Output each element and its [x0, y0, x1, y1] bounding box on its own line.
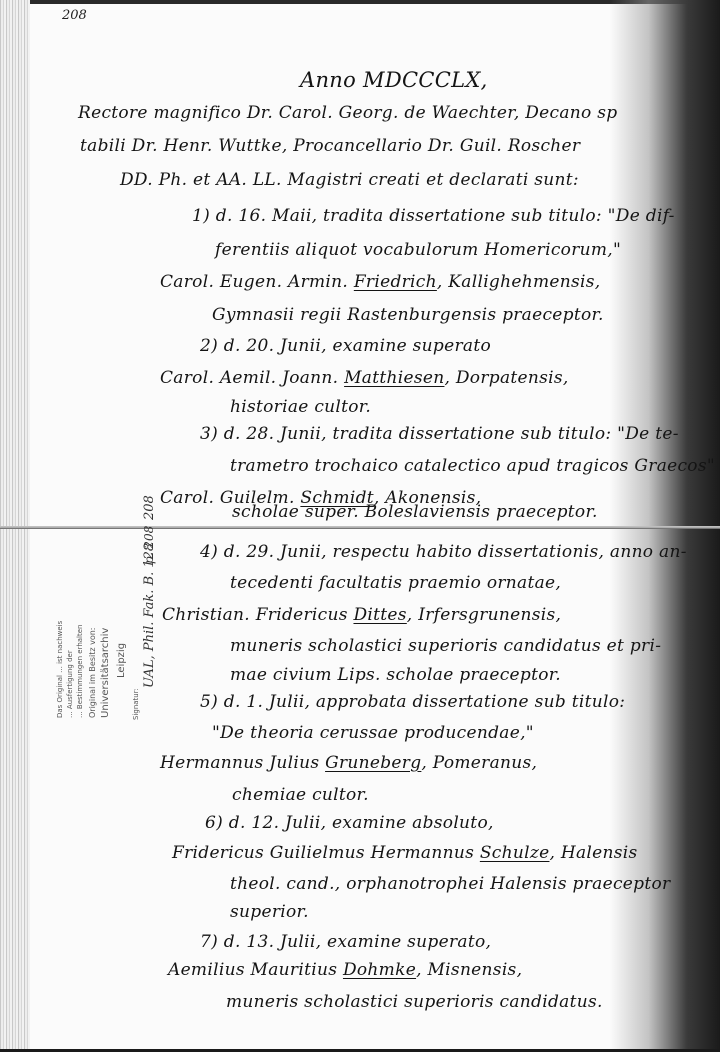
surname: Matthiesen: [344, 368, 444, 388]
header-line-2: tabili Dr. Henr. Wuttke, Procancellario …: [80, 136, 580, 156]
document-page: 208 Anno MDCCCLX, Rectore magnifico Dr. …: [0, 0, 720, 1052]
entry-2-line-1: 2) d. 20. Junii, examine superato: [200, 336, 491, 356]
entry-3-line-2: trametro trochaico catalectico apud trag…: [230, 456, 715, 476]
surname: Schulze: [480, 843, 550, 863]
entry-6-name-line: Fridericus Guilielmus Hermannus Schulze,…: [172, 843, 638, 863]
stamp-line-3: ... Bestimmungen erhalten: [76, 625, 84, 719]
entry-2-name-line: Carol. Aemil. Joann. Matthiesen, Dorpate…: [160, 368, 569, 388]
entry-1-name-line: Carol. Eugen. Armin. Friedrich, Kallighe…: [160, 272, 601, 292]
entry-1-line-4: Gymnasii regii Rastenburgensis praecepto…: [212, 305, 604, 325]
entry-6-line-4: superior.: [230, 902, 309, 922]
header-line-1: Rectore magnifico Dr. Carol. Georg. de W…: [78, 103, 618, 123]
entry-4-name-line: Christian. Fridericus Dittes, Irfersgrun…: [162, 605, 561, 625]
entry-7-name-line: Aemilius Mauritius Dohmke, Misnensis,: [168, 960, 522, 980]
archive-stamp: Das Original ... ist nachweis ... Ausfer…: [56, 548, 206, 718]
margin-page-number: 208: [142, 495, 157, 520]
entry-number: 3): [200, 424, 218, 444]
entry-3-line-1: 3) d. 28. Junii, tradita dissertatione s…: [200, 424, 679, 444]
entry-number: 6): [205, 813, 223, 833]
entry-7-line-1: 7) d. 13. Julii, examine superato,: [200, 932, 491, 952]
entry-7-line-3: muneris scholastici superioris candidatu…: [226, 992, 603, 1012]
entry-4-line-2: tecedenti facultatis praemio ornatae,: [230, 573, 561, 593]
surname: Friedrich: [354, 272, 437, 292]
entry-5-line-1: 5) d. 1. Julii, approbata dissertatione …: [200, 692, 625, 712]
entry-2-line-3: historiae cultor.: [230, 397, 371, 417]
surname: Dittes: [353, 605, 406, 625]
entry-6-line-1: 6) d. 12. Julii, examine absoluto,: [205, 813, 494, 833]
entry-6-line-3: theol. cand., orphanotrophei Halensis pr…: [230, 874, 670, 894]
signature-label: Signatur:: [132, 688, 140, 720]
entry-1-line-1: 1) d. 16. Maii, tradita dissertatione su…: [192, 206, 675, 226]
surname: Gruneberg: [325, 753, 421, 773]
stamp-line-4: Original im Besitz von:: [88, 628, 97, 718]
entry-4-line-1: 4) d. 29. Junii, respectu habito dissert…: [200, 542, 687, 562]
entry-5-line-4: chemiae cultor.: [232, 785, 369, 805]
entry-4-line-4: muneris scholastici superioris candidatu…: [230, 636, 661, 656]
stamp-line-1: Das Original ... ist nachweis: [56, 621, 64, 718]
entry-5-name-line: Hermannus Julius Gruneberg, Pomeranus,: [160, 753, 537, 773]
surname: Dohmke: [343, 960, 416, 980]
entry-number: 7): [200, 932, 218, 952]
stamp-line-5: Universitätsarchiv: [100, 628, 111, 718]
entry-1-line-2: ferentiis aliquot vocabulorum Homericoru…: [215, 240, 621, 260]
entry-3-line-4-text: scholae super. Boleslaviensis praeceptor…: [232, 502, 598, 522]
signature-value: UAL, Phil. Fak. B. 128: [142, 543, 157, 688]
scan-fold-line: [0, 526, 720, 529]
entry-5-line-2: "De theoria cerussae producendae,": [212, 723, 534, 743]
entry-4-line-5: mae civium Lips. scholae praeceptor.: [230, 665, 561, 685]
stamp-line-6: Leipzig: [116, 643, 127, 678]
entry-number: 2): [200, 336, 218, 356]
page-title: Anno MDCCCLX,: [300, 68, 488, 92]
header-line-3: DD. Ph. et AA. LL. Magistri creati et de…: [120, 170, 579, 190]
signature-page: p. 208: [142, 526, 156, 564]
stamp-line-2: ... Ausfertigung der: [66, 650, 74, 718]
page-number: 208: [62, 8, 87, 23]
entry-number: 1): [192, 206, 210, 226]
